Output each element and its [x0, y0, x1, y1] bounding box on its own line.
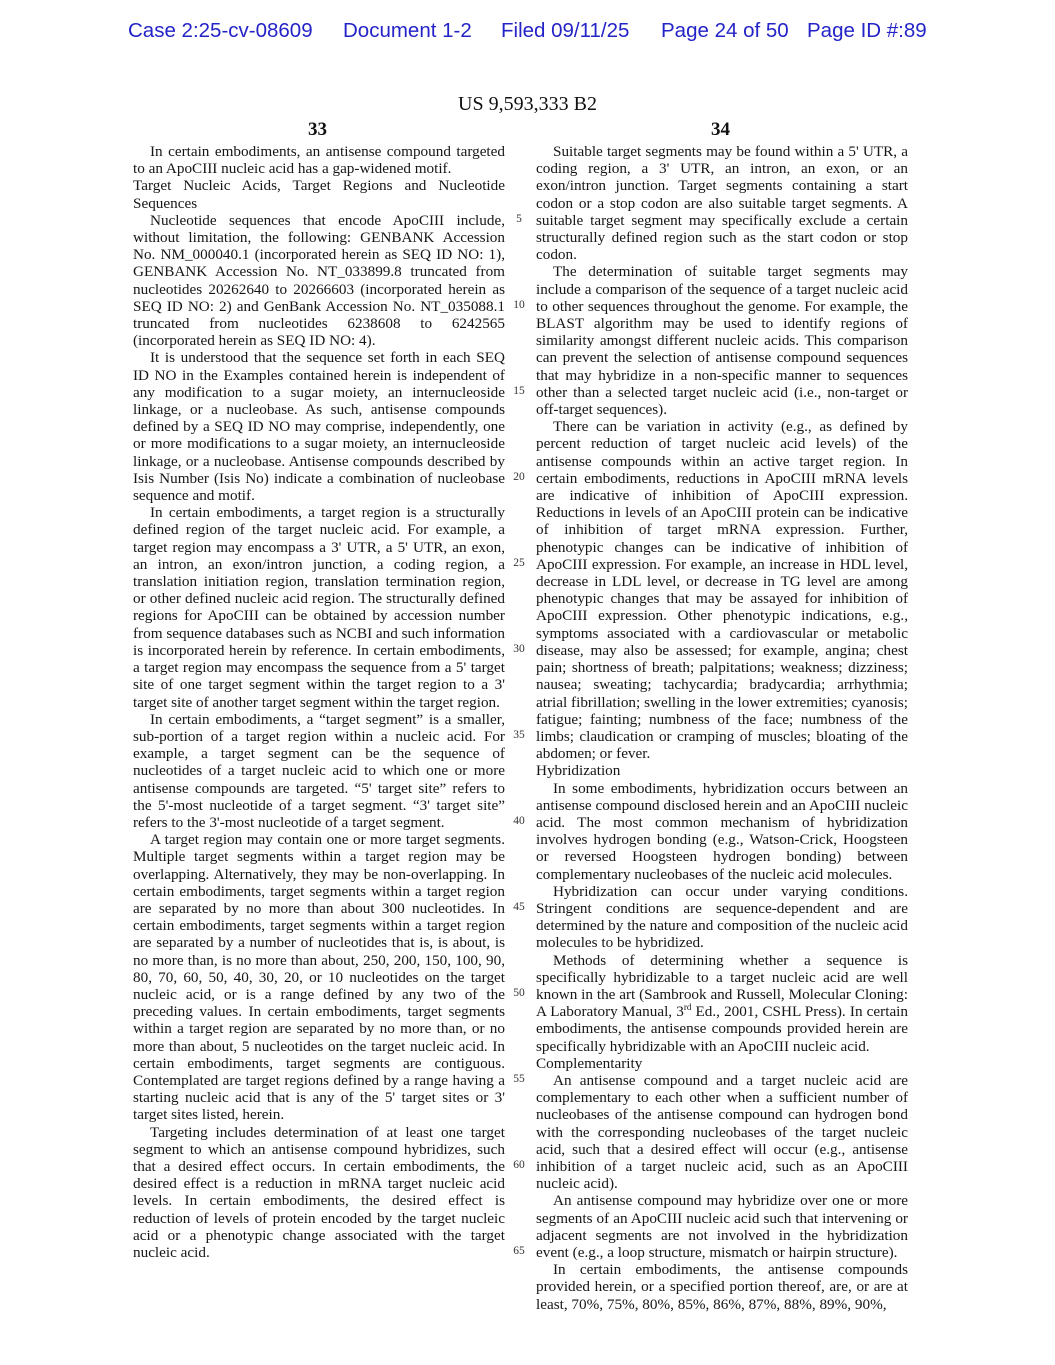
page-id: Page ID #:89 — [807, 19, 927, 43]
page-count: Page 24 of 50 — [661, 19, 789, 43]
line-number: 35 — [508, 729, 530, 741]
paragraph: In certain embodiments, an antisense com… — [133, 143, 505, 177]
paragraph: In certain embodiments, a target region … — [133, 504, 505, 710]
line-number: 10 — [508, 299, 530, 311]
line-number: 30 — [508, 643, 530, 655]
paragraph: The determination of suitable target seg… — [536, 263, 908, 418]
line-number: 5 — [508, 213, 530, 225]
paragraph: In some embodiments, hybridization occur… — [536, 780, 908, 883]
line-number: 15 — [508, 385, 530, 397]
paragraph: An antisense compound may hybridize over… — [536, 1192, 908, 1261]
paragraph: In certain embodiments, the antisense co… — [536, 1261, 908, 1313]
paragraph: There can be variation in activity (e.g.… — [536, 418, 908, 762]
paragraph: In certain embodiments, a “target segmen… — [133, 711, 505, 831]
paragraph: It is understood that the sequence set f… — [133, 349, 505, 504]
left-column: In certain embodiments, an antisense com… — [133, 143, 505, 1261]
section-heading: Target Nucleic Acids, Target Regions and… — [133, 177, 505, 211]
case-number: Case 2:25-cv-08609 — [128, 19, 313, 43]
court-filing-stamp: Case 2:25-cv-08609 Document 1-2 Filed 09… — [128, 19, 928, 45]
left-column-number: 33 — [308, 119, 327, 141]
paragraph: A target region may contain one or more … — [133, 831, 505, 1123]
paragraph: An antisense compound and a target nucle… — [536, 1072, 908, 1192]
patent-number: US 9,593,333 B2 — [0, 93, 1055, 116]
line-number: 65 — [508, 1245, 530, 1257]
line-number: 40 — [508, 815, 530, 827]
right-column: Suitable target segments may be found wi… — [536, 143, 908, 1313]
line-number: 25 — [508, 557, 530, 569]
paragraph: Nucleotide sequences that encode ApoCIII… — [133, 212, 505, 350]
section-heading-hybridization: Hybridization — [536, 762, 908, 779]
right-column-number: 34 — [711, 119, 730, 141]
line-number: 60 — [508, 1159, 530, 1171]
line-number: 45 — [508, 901, 530, 913]
line-number: 50 — [508, 987, 530, 999]
paragraph: Suitable target segments may be found wi… — [536, 143, 908, 263]
filed-date: Filed 09/11/25 — [501, 19, 629, 43]
document-number: Document 1-2 — [343, 19, 472, 43]
line-number: 20 — [508, 471, 530, 483]
paragraph: Targeting includes determination of at l… — [133, 1124, 505, 1262]
paragraph: Hybridization can occur under varying co… — [536, 883, 908, 952]
paragraph: Methods of determining whether a sequenc… — [536, 952, 908, 1055]
line-number: 55 — [508, 1073, 530, 1085]
section-heading-complementarity: Complementarity — [536, 1055, 908, 1072]
